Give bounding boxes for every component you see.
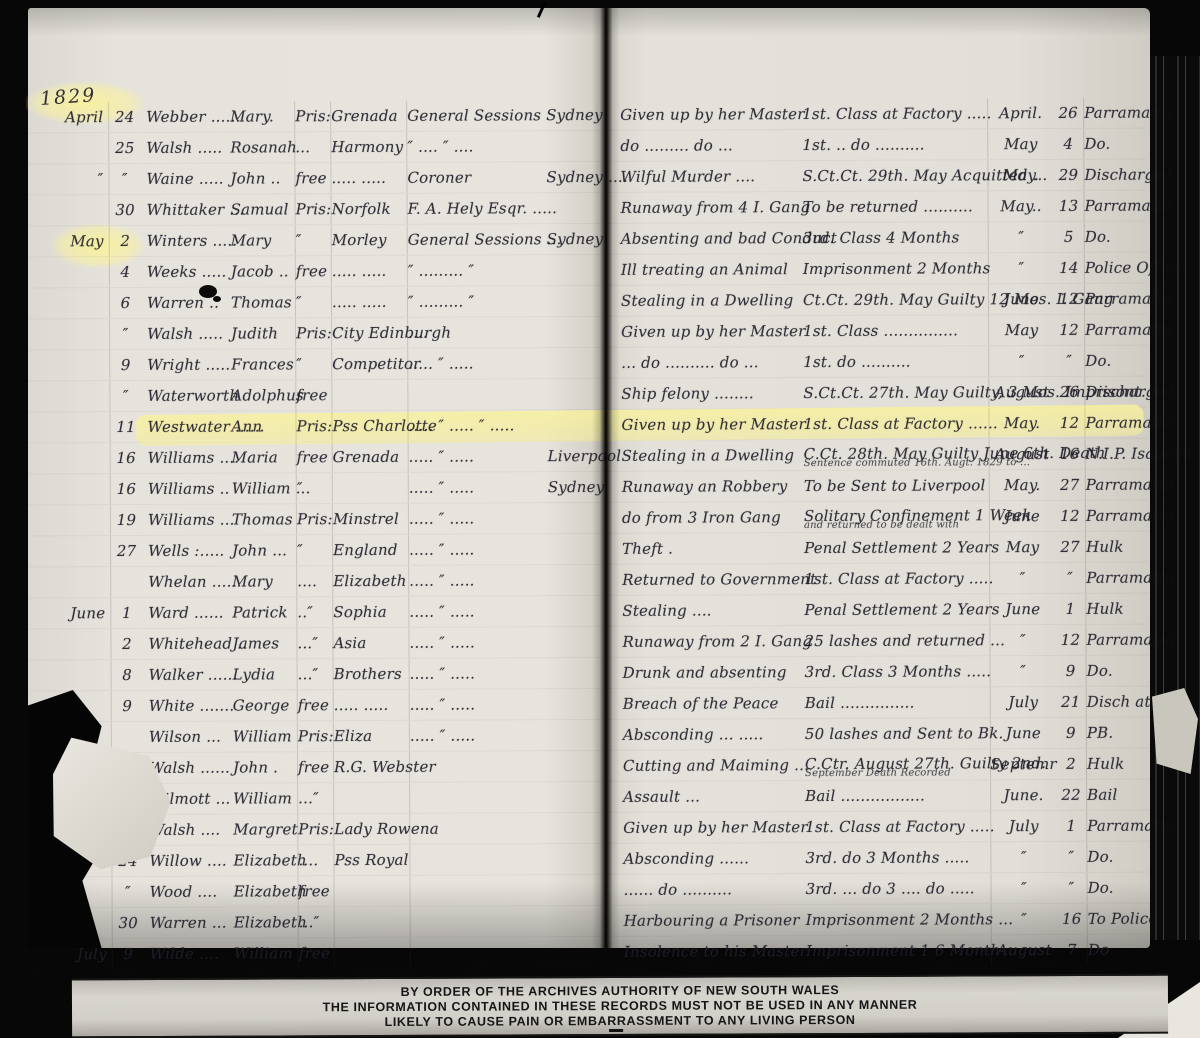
- entry-court: ″ ......... ″: [407, 255, 547, 286]
- entry-result-month: Septemr: [990, 749, 1056, 779]
- entry-ship: [333, 783, 409, 813]
- entry-month: ″: [26, 170, 108, 188]
- entry-court: ″ ......... ″: [407, 286, 547, 317]
- entry-given-name: Patrick: [232, 603, 296, 621]
- entry-destination: Parramatta: [1085, 563, 1148, 593]
- entry-status: ....: [296, 566, 332, 596]
- entry-offence: Stealing ....: [614, 601, 804, 620]
- entry-ship: ..... .....: [333, 690, 409, 720]
- register-row: 2 Whitehead .. James ...″ Asia ..... ″ .…: [28, 625, 1148, 661]
- entry-offence: Ship felony ........: [613, 384, 803, 403]
- register-row: 30 Warren ... Elizabeth ...″ Harbouring …: [30, 904, 1150, 940]
- entry-surname: Webber ......: [140, 108, 230, 126]
- entry-surname: Winters .....: [141, 232, 231, 250]
- entry-ship: ..... .....: [331, 287, 407, 317]
- entry-status: free: [297, 690, 333, 720]
- entry-court: [409, 875, 549, 906]
- entry-day: 8: [111, 660, 143, 690]
- entry-sentence: 3rd. Class 4 Months: [803, 228, 988, 247]
- entry-status: ...″: [297, 659, 333, 689]
- entry-status: ....: [297, 845, 333, 875]
- entry-sentence: S.Ct.Ct. 29th. May Acquitted ...: [802, 166, 987, 185]
- entry-result-month: ″: [988, 346, 1054, 376]
- entry-given-name: Ann: [231, 417, 295, 435]
- entry-ship: Norfolk: [331, 194, 407, 224]
- entry-surname: Wells :.....: [142, 542, 232, 560]
- entry-court: ..... ″ .....: [407, 348, 547, 379]
- entry-offence: Absconding ... .....: [615, 725, 805, 744]
- entry-surname: Waterworth: [141, 387, 231, 405]
- entry-given-name: John ...: [232, 541, 296, 559]
- entry-status: Pris:: [295, 318, 331, 348]
- entry-result-day: 12: [1054, 414, 1084, 432]
- entry-ship: Grenada: [330, 101, 406, 131]
- entry-given-name: Frances: [231, 355, 295, 373]
- entry-status: free: [294, 163, 330, 193]
- entry-ship: Morley: [331, 225, 407, 255]
- entry-sentence: S.Ct.Ct. 27th. May Guilty, 3 Mos. Impris…: [803, 383, 988, 402]
- register-row: June 1 Ward ...... Patrick ..″ Sophia ..…: [28, 594, 1148, 630]
- entry-destination: Parramatta: [1085, 470, 1148, 500]
- entry-status: free: [298, 938, 334, 968]
- book-spine-gutter: [592, 8, 620, 948]
- entry-status: free: [297, 752, 333, 782]
- entry-sentence: Penal Settlement 2 Years: [804, 538, 989, 557]
- entry-ship: Eliza: [333, 721, 409, 751]
- entry-given-name: Maria: [232, 448, 296, 466]
- entry-day: 9: [111, 691, 143, 721]
- register-row: 19 Wilmott ... William ...″ Assault ... …: [29, 780, 1149, 816]
- entry-ship: Elizabeth: [332, 566, 408, 596]
- entry-destination: Do.: [1084, 222, 1147, 252]
- entry-result-month: ″: [990, 873, 1056, 903]
- entry-day: 30: [112, 908, 144, 938]
- entry-court: F. A. Hely Esqr. .....: [407, 193, 547, 224]
- entry-status: ...″: [296, 628, 332, 658]
- entry-offence: Cutting and Maiming ...: [615, 756, 805, 775]
- entry-sentence: 1st. Class at Factory .....: [804, 569, 989, 588]
- entry-destination: To Police: [1087, 904, 1150, 934]
- entry-offence: Given up by her Master: [612, 105, 802, 124]
- entry-status: ...″: [297, 783, 333, 813]
- entry-ship: City Edinburgh: [331, 318, 407, 348]
- entry-result-day: 16: [1055, 445, 1085, 463]
- entry-court: General Sessions ...: [407, 224, 547, 255]
- entry-day: 27: [110, 536, 142, 566]
- entry-result-day: 26: [1054, 383, 1084, 401]
- entry-offence: do from 3 Iron Gang: [614, 508, 804, 527]
- entry-status: Pris:: [295, 194, 331, 224]
- entry-day: ″: [109, 319, 141, 349]
- entry-given-name: Margret: [233, 820, 297, 838]
- entry-result-month: ″: [990, 656, 1056, 686]
- entry-day: 24: [108, 102, 140, 132]
- entry-ship: [332, 473, 408, 503]
- entry-place: Sydney: [546, 106, 596, 124]
- register-row: 18 Walsh ...... John . free R.G. Webster…: [29, 749, 1149, 785]
- entry-offence: Absconding ......: [615, 849, 805, 868]
- entry-result-month: May..: [988, 191, 1054, 221]
- entry-court: [409, 844, 549, 875]
- register-row: 24 Willow .... Elizabeth .... Pss Royal …: [29, 842, 1149, 878]
- entry-place: Sydney: [548, 478, 598, 496]
- entry-surname: Whelan ......: [142, 573, 232, 591]
- entry-offence: Drunk and absenting: [615, 663, 805, 682]
- entry-status: ″: [295, 349, 331, 379]
- entry-day: 25: [108, 133, 140, 163]
- entry-status: Pris:: [296, 504, 332, 534]
- register-row: 16 Williams .... Maria free Grenada ....…: [28, 439, 1148, 475]
- entry-offence: Stealing in a Dwelling: [613, 291, 803, 310]
- entry-given-name: Thomas: [232, 510, 296, 528]
- entry-destination: PB.: [1086, 718, 1149, 748]
- entry-place: Sydney: [547, 230, 597, 248]
- entry-result-day: 2: [1056, 755, 1086, 773]
- register-row: ″ ″ Waine ..... John .. free ..... .....…: [26, 160, 1146, 196]
- entry-result-month: ″: [989, 563, 1055, 593]
- entry-destination: Hulk: [1086, 749, 1149, 779]
- archives-banner: BY ORDER OF THE ARCHIVES AUTHORITY OF NE…: [72, 974, 1168, 1038]
- entry-given-name: Mary: [232, 572, 296, 590]
- entry-result-day: 7: [1057, 941, 1087, 959]
- entry-result-month: May.: [987, 160, 1053, 190]
- entry-status: free: [295, 380, 331, 410]
- entry-status: Pris:: [295, 411, 331, 441]
- entry-sentence: 1st. .. do ..........: [802, 135, 987, 154]
- entry-surname: Westwater ......: [141, 418, 231, 436]
- entry-given-name: Mary.: [230, 107, 294, 125]
- page-edges: [1150, 56, 1200, 940]
- entry-court: ..... ″ ..... ″ .....: [407, 410, 547, 441]
- entry-given-name: James: [232, 634, 296, 652]
- entry-offence: Assault ...: [615, 787, 805, 806]
- entry-court: ..... ″ .....: [408, 627, 548, 658]
- register-row: 4 Weeks ..... Jacob .. free ..... ..... …: [27, 253, 1147, 289]
- entry-court: ..... ″ .....: [408, 565, 548, 596]
- entry-destination: Parramatta: [1084, 191, 1147, 221]
- entry-court: [410, 906, 550, 937]
- register-row: 27 Wells :..... John ... ″ England .....…: [28, 532, 1148, 568]
- entry-status: ″: [296, 535, 332, 565]
- entry-day: ″: [109, 381, 141, 411]
- entry-sentence: 3rd. do 3 Months .....: [805, 848, 990, 867]
- register-table: April 24 Webber ...... Mary. Pris: Grena…: [26, 98, 1150, 971]
- entry-destination: Do.: [1084, 346, 1147, 376]
- entry-court: ..... ″ .....: [409, 689, 549, 720]
- entry-result-month: August: [991, 935, 1057, 965]
- entry-sentence: Ct.Ct. 29th. May Guilty 12 Mos. I. Gang: [803, 290, 988, 309]
- entry-offence: Wilful Murder ....: [612, 167, 802, 186]
- entry-given-name: George: [233, 696, 297, 714]
- entry-day: 30: [109, 195, 141, 225]
- entry-sentence: Imprisonment 2 Months: [803, 259, 988, 278]
- entry-result-day: 14: [1054, 259, 1084, 277]
- entry-day: 19: [110, 505, 142, 535]
- entry-sentence: To be Sent to Liverpool: [804, 476, 989, 495]
- entry-place: Liverpool: [548, 447, 598, 465]
- entry-result-month: August: [988, 377, 1054, 407]
- entry-destination: Do.: [1083, 129, 1146, 159]
- entry-day: [110, 567, 142, 597]
- entry-place: Sydney ....: [546, 168, 596, 186]
- entry-given-name: Thomas: [231, 293, 295, 311]
- entry-destination: Parramatta: [1085, 625, 1148, 655]
- entry-court: [409, 751, 549, 782]
- entry-given-name: Lydia: [233, 665, 297, 683]
- entry-given-name: Judith: [231, 324, 295, 342]
- register-row: July 9 Wilde .... William free Insolence…: [30, 935, 1150, 971]
- entry-given-name: Mary: [231, 231, 295, 249]
- entry-ship: [334, 907, 410, 937]
- entry-result-day: 22: [1056, 786, 1086, 804]
- entry-court: ..... ″ .....: [409, 720, 549, 751]
- entry-day: 11: [109, 412, 141, 442]
- entry-day: 1: [110, 598, 142, 628]
- entry-destination: Parramatta: [1084, 284, 1147, 314]
- entry-result-day: 27: [1055, 476, 1085, 494]
- entry-sentence: Bail .................: [805, 786, 990, 805]
- entry-status: free: [295, 256, 331, 286]
- ink-blot: [213, 296, 221, 302]
- entry-court: ..... ″ .....: [408, 441, 548, 472]
- entry-sentence: 1st. Class at Factory ......: [803, 414, 988, 433]
- entry-surname: Willow ....: [143, 852, 233, 870]
- entry-sentence: Solitary Confinement 1 Weekand returned …: [804, 506, 989, 528]
- entry-offence: Harbouring a Prisoner: [616, 911, 806, 930]
- entry-result-day: 12: [1054, 321, 1084, 339]
- entry-destination: Parramatta: [1084, 315, 1147, 345]
- entry-ship: Pss Charlotte: [331, 411, 407, 441]
- entry-given-name: William: [234, 944, 298, 962]
- entry-status: Pris:: [297, 814, 333, 844]
- entry-result-day: 1: [1055, 600, 1085, 618]
- register-row: 9 White ....... George free ..... ..... …: [29, 687, 1149, 723]
- entry-offence: Given up by her Master: [613, 322, 803, 341]
- entry-sentence: 50 lashes and Sent to Bk.: [805, 724, 990, 743]
- entry-court: ..... ″ .....: [408, 472, 548, 503]
- entry-destination: Parramatta: [1086, 811, 1149, 841]
- entry-sentence: Bail ...............: [805, 693, 990, 712]
- entry-result-day: ″: [1054, 352, 1084, 370]
- entry-destination: Disch at Bs: [1086, 687, 1149, 717]
- entry-ship: [331, 380, 407, 410]
- entry-ship: R.G. Webster: [333, 752, 409, 782]
- entry-surname: Walsh .....: [141, 325, 231, 343]
- entry-result-day: 9: [1056, 724, 1086, 742]
- entry-offence: Returned to Government: [614, 570, 804, 589]
- entry-result-month: ″: [989, 625, 1055, 655]
- entry-surname: Williams ....: [142, 449, 232, 467]
- entry-day: 4: [109, 257, 141, 287]
- entry-ship: Pss Royal: [333, 845, 409, 875]
- entry-status: ...″: [298, 907, 334, 937]
- entry-surname: Wood ....: [144, 883, 234, 901]
- entry-court: [409, 813, 549, 844]
- entry-result-month: ″: [990, 842, 1056, 872]
- entry-month: June: [28, 604, 110, 622]
- entry-result-day: 1: [1056, 817, 1086, 835]
- register-row: May 2 Winters ..... Mary ″ Morley Genera…: [27, 222, 1147, 258]
- entry-court: ....: [407, 317, 547, 348]
- entry-result-month: May: [989, 532, 1055, 562]
- entry-surname: White .......: [143, 697, 233, 715]
- entry-status: ″: [295, 225, 331, 255]
- entry-result-day: 29: [1053, 166, 1083, 184]
- entry-ship: ..... .....: [330, 163, 406, 193]
- entry-day: ″: [108, 164, 140, 194]
- entry-court: [407, 379, 547, 410]
- entry-court: General Sessions: [406, 100, 546, 131]
- register-row: Whelan ...... Mary .... Elizabeth ..... …: [28, 563, 1148, 599]
- register-row: 30 Whittaker ... Samual Pris: Norfolk F.…: [27, 191, 1147, 227]
- entry-status: ″: [296, 473, 332, 503]
- entry-ship: Lady Rowena: [333, 814, 409, 844]
- entry-surname: Wilson ...: [143, 728, 233, 746]
- entry-ship: Asia: [332, 628, 408, 658]
- entry-court: ″ .... ″ ....: [406, 131, 546, 162]
- entry-ship: [334, 938, 410, 968]
- register-row: 25 Walsh ..... Rosanah ... Harmony ″ ...…: [26, 129, 1146, 165]
- entry-result-month: June: [989, 594, 1055, 624]
- entry-sentence: 25 lashes and returned ...: [804, 631, 989, 650]
- entry-ship: Grenada: [332, 442, 408, 472]
- register-row: 9 Wright ..... Frances ″ Competitor ....…: [27, 346, 1147, 382]
- entry-court: ..... ″ .....: [409, 658, 549, 689]
- entry-offence: Runaway an Robbery: [614, 477, 804, 496]
- entry-result-month: May.: [989, 470, 1055, 500]
- entry-day: 2: [110, 629, 142, 659]
- entry-sentence: 1st. Class at Factory .....: [805, 817, 990, 836]
- entry-status: ...: [294, 132, 330, 162]
- entry-given-name: Adolphus: [231, 386, 295, 404]
- entry-surname: Wright .....: [141, 356, 231, 374]
- entry-destination: Do.: [1086, 842, 1149, 872]
- entry-offence: ...... do ..........: [616, 880, 806, 899]
- entry-result-day: 5: [1054, 228, 1084, 246]
- entry-result-month: May.: [988, 408, 1054, 438]
- entry-result-day: 12: [1055, 631, 1085, 649]
- entry-court: [410, 937, 550, 968]
- entry-status: Pris:: [294, 101, 330, 131]
- entry-result-day: ″: [1057, 879, 1087, 897]
- entry-result-day: ″: [1055, 569, 1085, 587]
- entry-result-month: May: [987, 129, 1053, 159]
- entry-given-name: William: [233, 789, 297, 807]
- entry-destination: Parramatta: [1084, 408, 1147, 438]
- entry-result-day: 12: [1055, 507, 1085, 525]
- entry-offence: Given up by her Master: [615, 818, 805, 837]
- entry-sentence: 1st. Class ...............: [803, 321, 988, 340]
- entry-given-name: Jacob ..: [231, 262, 295, 280]
- entry-status: Pris:: [297, 721, 333, 751]
- register-row: 11 Westwater ...... Ann Pris: Pss Charlo…: [27, 408, 1147, 444]
- entry-surname: Whitehead ..: [142, 635, 232, 653]
- entry-day: 6: [109, 288, 141, 318]
- entry-day: ″: [111, 877, 143, 907]
- entry-offence: ... do .......... do ...: [613, 353, 803, 372]
- entry-day: 16: [110, 443, 142, 473]
- entry-given-name: Samual: [231, 200, 295, 218]
- entry-day: 9: [109, 350, 141, 380]
- entry-result-month: ″: [988, 222, 1054, 252]
- register-row: 16 Williams .. William ... ″ ..... ″ ...…: [28, 470, 1148, 506]
- archival-scan: 1829 April 24 Webber ...... Mary. Pris: …: [0, 0, 1200, 1038]
- entry-surname: Walker ......: [143, 666, 233, 684]
- entry-destination: Hulk: [1085, 532, 1148, 562]
- entry-result-month: August: [989, 439, 1055, 469]
- entry-day: [111, 722, 143, 752]
- entry-surname: Weeks .....: [141, 263, 231, 281]
- entry-court: ..... ″ .....: [408, 503, 548, 534]
- entry-result-month: ″: [988, 253, 1054, 283]
- entry-given-name: Elizabeth: [234, 913, 298, 931]
- entry-ship: Competitor: [331, 349, 407, 379]
- entry-ship: Harmony: [330, 132, 406, 162]
- entry-month: April: [26, 108, 108, 126]
- entry-destination: Do.: [1086, 656, 1149, 686]
- entry-result-day: 26: [1053, 104, 1083, 122]
- entry-sentence: Penal Settlement 2 Years: [804, 600, 989, 619]
- entry-surname: Williams ...: [142, 511, 232, 529]
- entry-result-month: June: [988, 284, 1054, 314]
- register-row: 19 Williams ... Thomas Pris: Minstrel ..…: [28, 501, 1148, 537]
- entry-offence: Ill treating an Animal: [613, 260, 803, 279]
- entry-given-name: John ..: [230, 169, 294, 187]
- entry-destination: Discharged: [1084, 377, 1147, 407]
- entry-offence: Runaway from 4 I. Gang: [613, 198, 803, 217]
- entry-ship: Brothers: [333, 659, 409, 689]
- entry-result-day: 16: [1057, 910, 1087, 928]
- entry-given-name: William: [233, 727, 297, 745]
- register-row: April 24 Webber ...... Mary. Pris: Grena…: [26, 98, 1146, 134]
- entry-sentence: C.Ct. 28th. May Guilty June 6th. DeathSe…: [804, 444, 989, 466]
- entry-sentence: 1st. Class at Factory .....: [802, 104, 987, 123]
- register-row: ″ Walsh ..... Judith Pris: City Edinburg…: [27, 315, 1147, 351]
- entry-surname: Warren ...: [144, 914, 234, 932]
- entry-result-day: 9: [1056, 662, 1086, 680]
- entry-result-month: ″: [991, 904, 1057, 934]
- entry-destination: Do.: [1086, 873, 1149, 903]
- entry-given-name: Rosanah: [230, 138, 294, 156]
- entry-destination: Parramatta: [1083, 98, 1146, 128]
- entry-sentence: 3rd. Class 3 Months .....: [805, 662, 990, 681]
- entry-offence: Insolence to his Master: [616, 942, 806, 961]
- entry-result-day: 21: [1056, 693, 1086, 711]
- entry-offence: Theft .: [614, 539, 804, 558]
- entry-ship: Minstrel: [332, 504, 408, 534]
- entry-destination: Discharged: [1083, 160, 1146, 190]
- entry-surname: Whittaker ...: [141, 201, 231, 219]
- entry-offence: Runaway from 2 I. Gang: [614, 632, 804, 651]
- entry-day: 9: [112, 939, 144, 969]
- entry-ship: Sophia: [332, 597, 408, 627]
- entry-status: ..″: [296, 597, 332, 627]
- entry-offence: do ......... do ...: [612, 136, 802, 155]
- entry-destination: Parramatta: [1085, 501, 1148, 531]
- entry-sentence: C.Ctr. August 27th. Guilty 2nd.September…: [805, 754, 990, 776]
- entry-given-name: Elizabeth: [234, 882, 298, 900]
- entry-status: free: [297, 876, 333, 906]
- entry-result-day: 12: [1054, 290, 1084, 308]
- entry-destination: Hulk: [1085, 594, 1148, 624]
- entry-sentence: 1st. do ..........: [803, 352, 988, 371]
- entry-day: 2: [109, 226, 141, 256]
- entry-surname: Wilde ....: [144, 945, 234, 963]
- entry-court: ..... ″ .....: [408, 534, 548, 565]
- entry-result-month: June.: [990, 780, 1056, 810]
- register-row: 23 Walsh .... Margret Pris: Lady Rowena …: [29, 811, 1149, 847]
- entry-offence: Absenting and bad Conduct: [613, 229, 803, 248]
